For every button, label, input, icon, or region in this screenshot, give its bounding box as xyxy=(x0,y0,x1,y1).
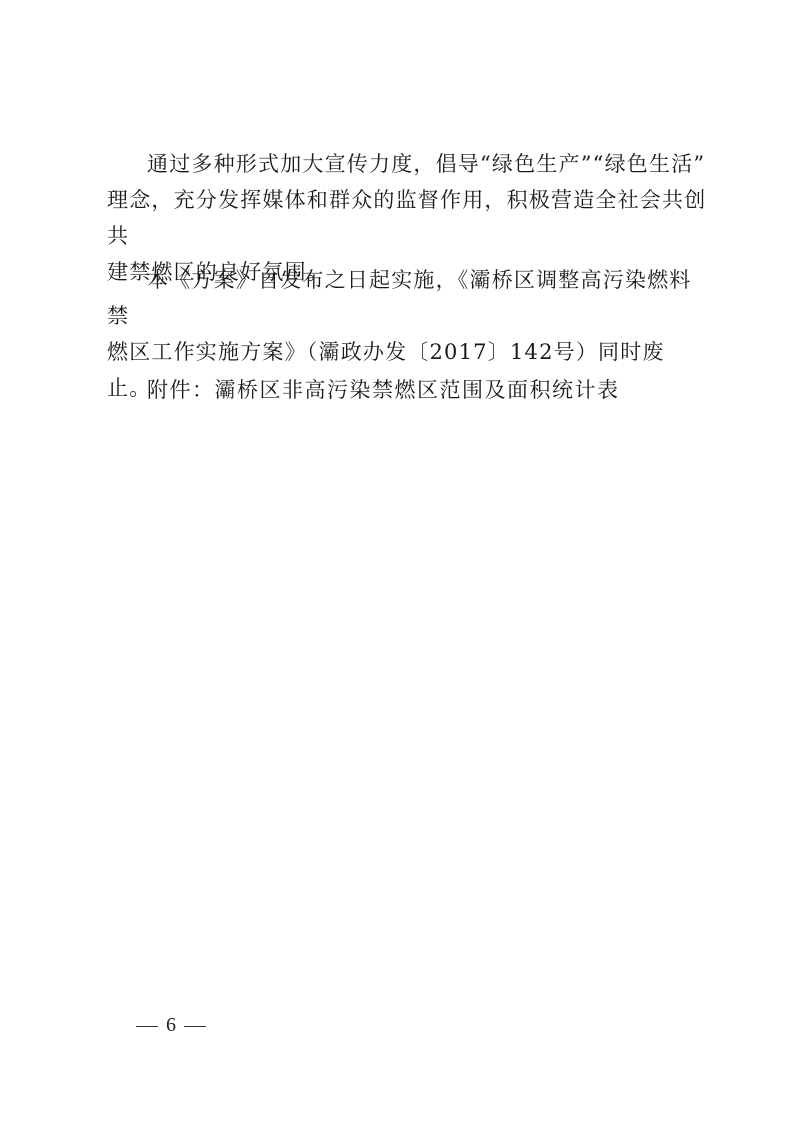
document-page: 通过多种形式加大宣传力度，倡导“绿色生产”“绿色生活” 理念，充分发挥媒体和群众… xyxy=(0,0,793,1122)
attachment-note: 附件：灞桥区非高污染禁燃区范围及面积统计表 xyxy=(147,374,620,404)
dash-right xyxy=(184,1026,206,1027)
paragraph-line: 通过多种形式加大宣传力度，倡导“绿色生产”“绿色生活” xyxy=(107,146,707,182)
page-footer: 6 xyxy=(128,1014,214,1037)
dash-left xyxy=(136,1026,158,1027)
page-number: 6 xyxy=(166,1014,176,1036)
paragraph-line: 本《方案》自发布之日起实施，《灞桥区调整高污染燃料禁 xyxy=(107,262,707,334)
paragraph-line: 理念，充分发挥媒体和群众的监督作用，积极营造全社会共创共 xyxy=(107,182,707,254)
